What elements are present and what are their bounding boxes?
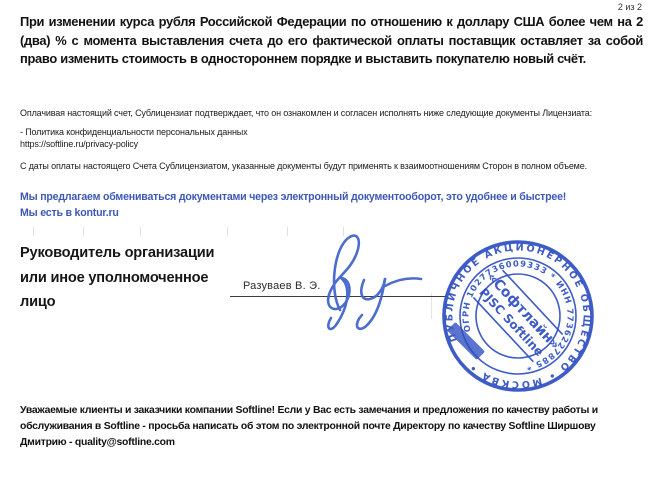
signatory-role-line: Руководитель организации bbox=[20, 241, 214, 266]
quality-feedback-note: Уважаемые клиенты и заказчики компании S… bbox=[20, 403, 644, 451]
company-stamp: ПУБЛИЧНОЕ АКЦИОНЕРНОЕ ОБЩЕСТВО • МОСКВА … bbox=[440, 238, 596, 394]
edo-promo-note: Мы предлагаем обмениваться документами ч… bbox=[20, 190, 650, 222]
privacy-policy-item: - Политика конфиденциальности персональн… bbox=[20, 127, 247, 137]
edo-promo-line2: Мы есть в kontur.ru bbox=[20, 206, 650, 222]
faint-table-tick bbox=[33, 227, 34, 236]
license-effective-note: С даты оплаты настоящего Счета Сублиценз… bbox=[20, 161, 587, 171]
signatory-role-line: или иное уполномоченное bbox=[20, 266, 214, 291]
edo-promo-line1: Мы предлагаем обмениваться документами ч… bbox=[20, 190, 650, 206]
invoice-page-2: 2 из 2 При изменении курса рубля Российс… bbox=[0, 0, 659, 483]
faint-table-tick bbox=[140, 227, 141, 236]
faint-table-tick bbox=[287, 227, 288, 236]
faint-table-tick bbox=[227, 227, 228, 236]
license-intro-text: Оплачивая настоящий счет, Сублицензиат п… bbox=[20, 108, 592, 118]
currency-terms-paragraph: При изменении курса рубля Российской Фед… bbox=[20, 13, 643, 69]
faint-table-tick bbox=[83, 227, 84, 236]
handwritten-signature bbox=[300, 228, 425, 336]
signatory-role-label: Руководитель организации или иное уполно… bbox=[20, 241, 214, 315]
privacy-policy-url: https://softline.ru/privacy-policy bbox=[20, 139, 138, 149]
page-number: 2 из 2 bbox=[618, 2, 642, 12]
signatory-role-line: лицо bbox=[20, 290, 214, 315]
